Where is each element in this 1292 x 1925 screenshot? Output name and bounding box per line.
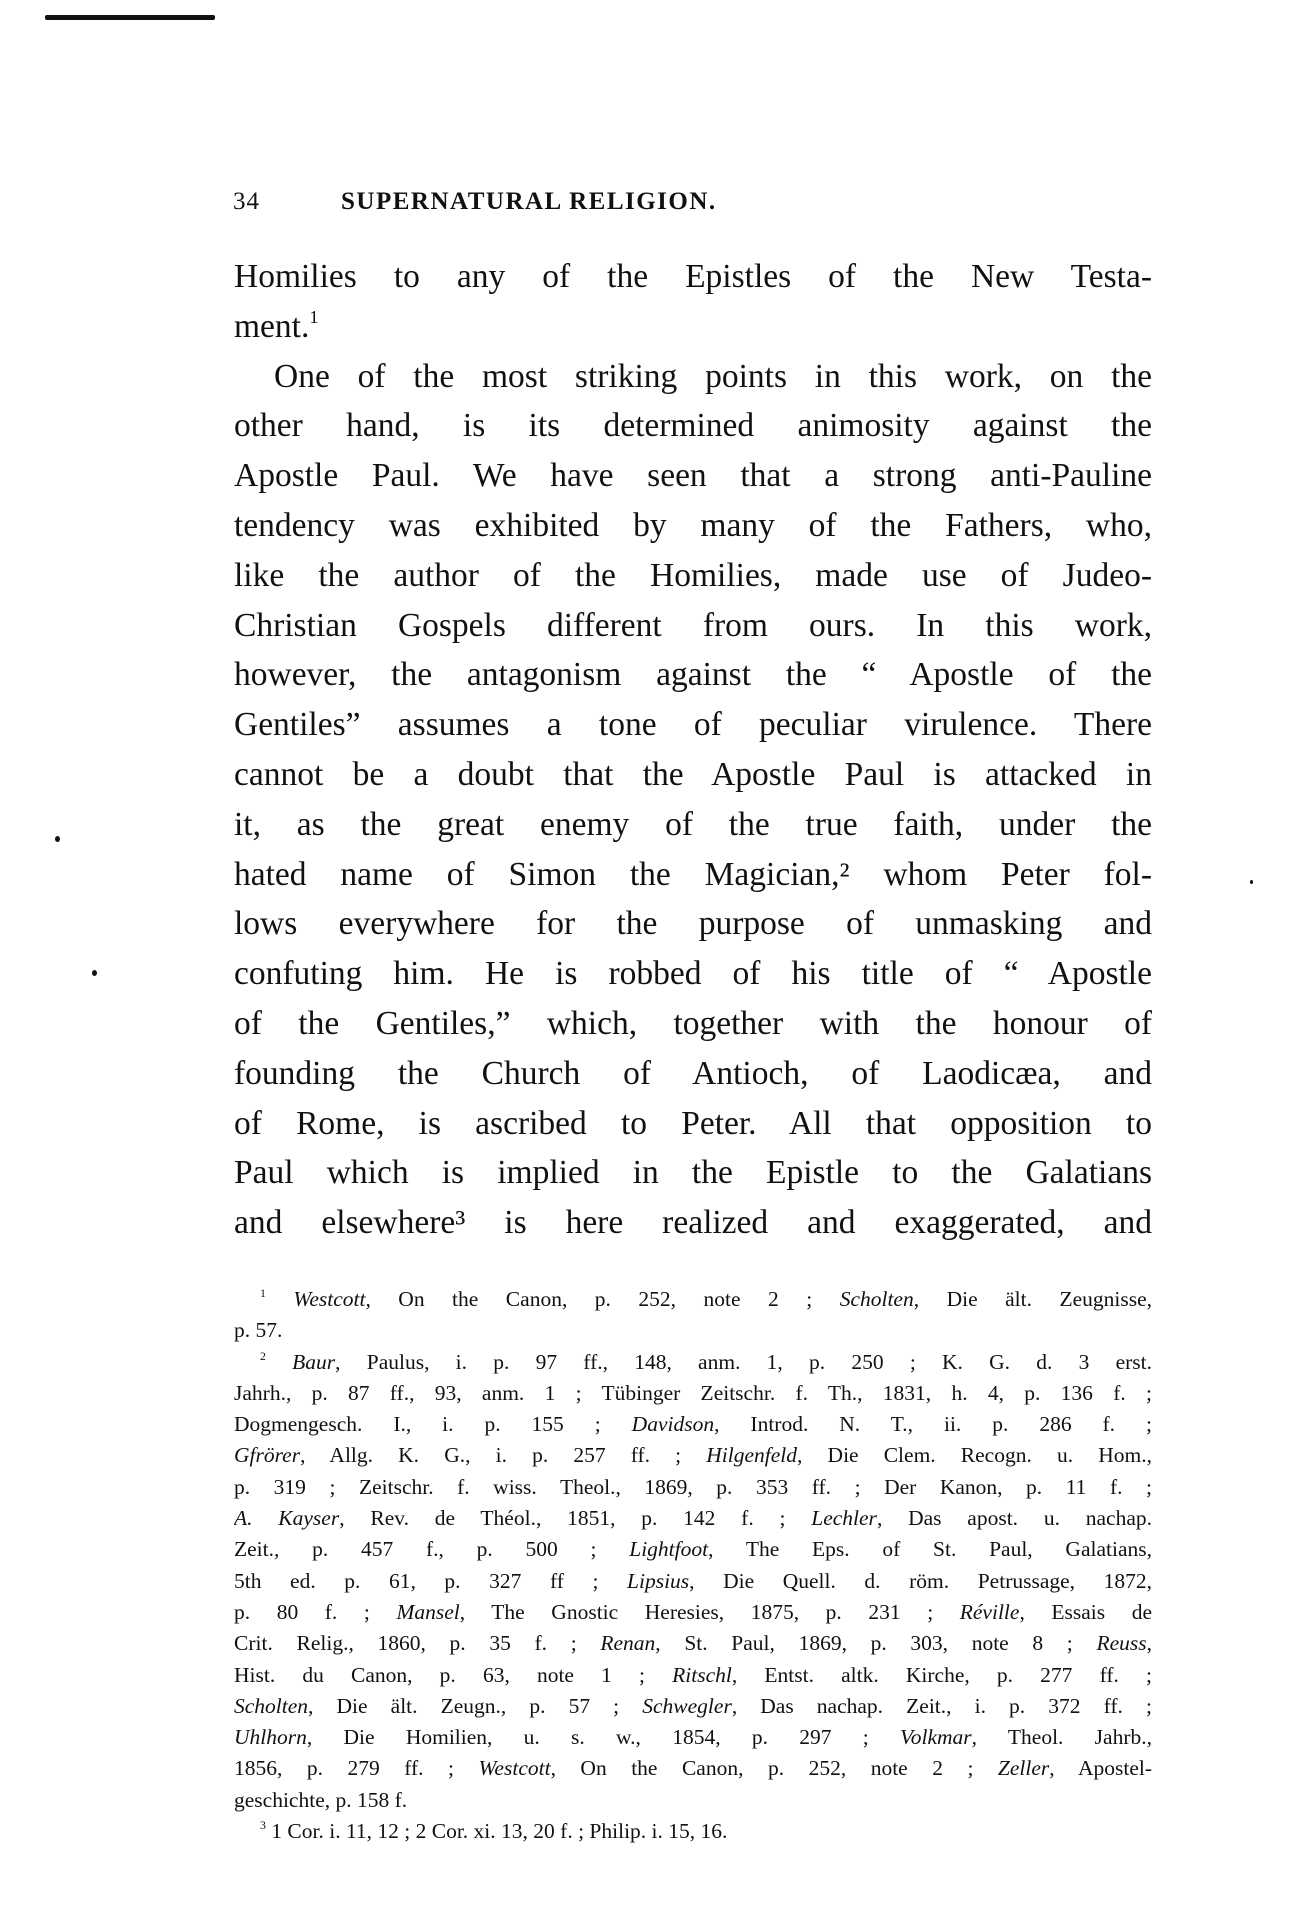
- body-line: it, as the great enemy of the true faith…: [234, 800, 1152, 850]
- body-line: confuting him. He is robbed of his title…: [234, 949, 1152, 999]
- footnote-line: p. 57.: [234, 1315, 1152, 1346]
- body-line: hated name of Simon the Magician,² whom …: [234, 850, 1152, 900]
- footnote-line: Hist. du Canon, p. 63, note 1 ; Ritschl,…: [234, 1660, 1152, 1691]
- scan-artifact-bar: [45, 15, 215, 20]
- body-line: of Rome, is ascribed to Peter. All that …: [234, 1099, 1152, 1149]
- scan-speck: [55, 836, 60, 842]
- footnote-line: 2 Baur, Paulus, i. p. 97 ff., 148, anm. …: [234, 1347, 1152, 1378]
- footnote-line: Gfrörer, Allg. K. G., i. p. 257 ff. ; Hi…: [234, 1440, 1152, 1471]
- footnote-line: geschichte, p. 158 f.: [234, 1785, 1152, 1816]
- body-line: lows everywhere for the purpose of unmas…: [234, 899, 1152, 949]
- body-line: Paul which is implied in the Epistle to …: [234, 1148, 1152, 1198]
- body-line: Christian Gospels different from ours. I…: [234, 601, 1152, 651]
- footnote-line: Scholten, Die ält. Zeugn., p. 57 ; Schwe…: [234, 1691, 1152, 1722]
- body-line: Homilies to any of the Epistles of the N…: [234, 252, 1152, 302]
- scan-speck: [92, 970, 97, 976]
- footnotes: 1 Westcott, On the Canon, p. 252, note 2…: [234, 1284, 1152, 1847]
- footnote-line: Dogmengesch. I., i. p. 155 ; Davidson, I…: [234, 1409, 1152, 1440]
- body-line: Apostle Paul. We have seen that a strong…: [234, 451, 1152, 501]
- scan-speck: [1250, 880, 1253, 884]
- body-line: founding the Church of Antioch, of Laodi…: [234, 1049, 1152, 1099]
- footnote-line: A. Kayser, Rev. de Théol., 1851, p. 142 …: [234, 1503, 1152, 1534]
- body-line: however, the antagonism against the “ Ap…: [234, 650, 1152, 700]
- footnote-line: Zeit., p. 457 f., p. 500 ; Lightfoot, Th…: [234, 1534, 1152, 1565]
- footnote-line: 1856, p. 279 ff. ; Westcott, On the Cano…: [234, 1753, 1152, 1784]
- footnote-ref: 1: [309, 307, 318, 327]
- footnote-line: Crit. Relig., 1860, p. 35 f. ; Renan, St…: [234, 1628, 1152, 1659]
- body-line: ment.1: [234, 302, 1152, 352]
- body-line: other hand, is its determined animosity …: [234, 401, 1152, 451]
- footnote-line: 1 Westcott, On the Canon, p. 252, note 2…: [234, 1284, 1152, 1315]
- body-line: cannot be a doubt that the Apostle Paul …: [234, 750, 1152, 800]
- body-line: and elsewhere³ is here realized and exag…: [234, 1198, 1152, 1248]
- footnote-line: 5th ed. p. 61, p. 327 ff ; Lipsius, Die …: [234, 1566, 1152, 1597]
- body-line: One of the most striking points in this …: [234, 352, 1152, 402]
- footnote-line: Uhlhorn, Die Homilien, u. s. w., 1854, p…: [234, 1722, 1152, 1753]
- running-title: SUPERNATURAL RELIGION.: [341, 188, 717, 216]
- page-number: 34: [233, 188, 260, 216]
- body-line: of the Gentiles,” which, together with t…: [234, 999, 1152, 1049]
- footnote-line: 3 1 Cor. i. 11, 12 ; 2 Cor. xi. 13, 20 f…: [234, 1816, 1152, 1847]
- body-line: Gentiles” assumes a tone of peculiar vir…: [234, 700, 1152, 750]
- footnote-line: p. 80 f. ; Mansel, The Gnostic Heresies,…: [234, 1597, 1152, 1628]
- footnote-line: Jahrh., p. 87 ff., 93, anm. 1 ; Tübinger…: [234, 1378, 1152, 1409]
- body-line: tendency was exhibited by many of the Fa…: [234, 501, 1152, 551]
- body-line: like the author of the Homilies, made us…: [234, 551, 1152, 601]
- body-text: Homilies to any of the Epistles of the N…: [234, 252, 1152, 1248]
- footnote-line: p. 319 ; Zeitschr. f. wiss. Theol., 1869…: [234, 1472, 1152, 1503]
- running-header: 34 SUPERNATURAL RELIGION.: [233, 188, 1153, 224]
